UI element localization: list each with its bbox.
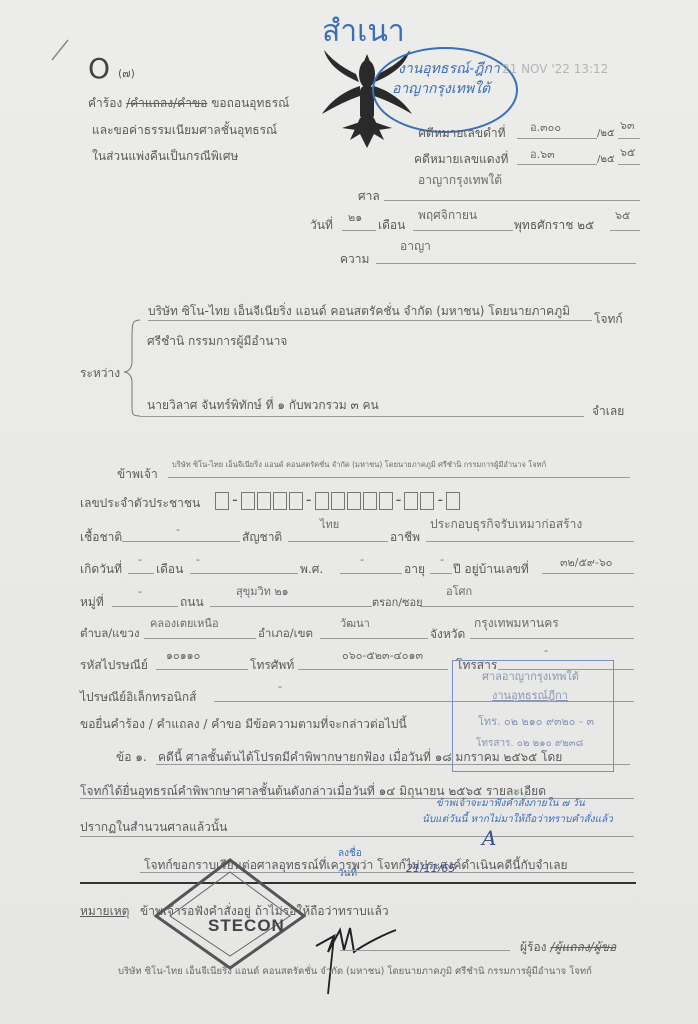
month-value: พฤศจิกายน xyxy=(418,206,477,225)
id-digit-box[interactable] xyxy=(289,492,303,510)
nationality-value: ไทย xyxy=(320,515,339,533)
id-digit-box[interactable] xyxy=(363,492,377,510)
received-stamp-line2: อาญากรุงเทพใต้ xyxy=(392,78,490,100)
red-case-label: คดีหมายเลขแดงที่ xyxy=(414,150,508,169)
form-title-line2: และขอค่าธรรมเนียมศาลชั้นอุทธรณ์ xyxy=(92,121,277,140)
plaintiff-line1: บริษัท ซิโน-ไทย เอ็นจีเนียริ่ง แอนด์ คอน… xyxy=(148,302,570,321)
id-separator: - xyxy=(306,490,312,509)
defendant-role: จำเลย xyxy=(592,402,624,421)
signer-name: บริษัท ซิโน-ไทย เอ็นจีเนียริ่ง แอนด์ คอน… xyxy=(118,964,592,979)
matter-label: ความ xyxy=(340,250,369,269)
road-label: ถนน xyxy=(180,593,204,612)
house-no-value: ๓๒/๕๙-๖๐ xyxy=(560,553,613,571)
order-line2: นับแต่วันนี้ หากไม่มาให้ถือว่าทราบคำสั่ง… xyxy=(422,812,613,827)
court-stamp-line1: ศาลอาญากรุงเทพใต้ xyxy=(482,667,579,685)
id-separator: - xyxy=(232,490,238,509)
postcode-value: ๑๐๑๑๐ xyxy=(166,646,200,664)
subdistrict-label: ตำบล/แขวง xyxy=(80,625,140,643)
court-value: อาญากรุงเทพใต้ xyxy=(418,171,502,190)
age-value: - xyxy=(440,553,444,566)
id-digit-box[interactable] xyxy=(404,492,418,510)
email-label: ไปรษณีย์อิเล็กทรอนิกส์ xyxy=(80,688,196,707)
order-line1: ข้าพเจ้าจะมาฟังคำสั่งภายใน ๗ วัน xyxy=(436,796,585,811)
year-value: ๖๕ xyxy=(615,206,630,224)
id-digit-box[interactable] xyxy=(273,492,287,510)
form-symbol: O xyxy=(88,52,110,85)
fax-value: - xyxy=(544,644,548,657)
pen-mark xyxy=(50,38,70,62)
born-day-label: เกิดวันที่ xyxy=(80,560,122,579)
plaintiff-role: โจทก์ xyxy=(594,310,623,329)
signer-role-text: ผู้ร้อง xyxy=(520,940,547,954)
occupation-value: ประกอบธุรกิจรับเหมาก่อสร้าง xyxy=(430,515,582,534)
black-case-year: ๖๓ xyxy=(620,116,635,134)
signer-role-struck: /ผู้แถลง/ผู้ขอ xyxy=(550,940,616,954)
district-label: อำเภอ/เขต xyxy=(258,625,313,643)
matter-value: อาญา xyxy=(400,237,431,256)
company-seal xyxy=(152,856,308,972)
moo-value: - xyxy=(138,585,142,598)
postcode-label: รหัสไปรษณีย์ xyxy=(80,656,148,675)
nationality-label: สัญชาติ xyxy=(242,528,282,547)
note-label: หมายเหตุ xyxy=(80,902,129,921)
day-label: วันที่ xyxy=(310,216,333,235)
month-label: เดือน xyxy=(378,216,405,235)
soi-value: อโศก xyxy=(446,582,472,600)
applicant-value: บริษัท ซิโน-ไทย เอ็นจีเนียริ่ง แอนด์ คอน… xyxy=(172,459,546,471)
note-label-text: หมายเหตุ xyxy=(80,904,129,918)
id-digit-box[interactable] xyxy=(257,492,271,510)
id-separator: - xyxy=(396,490,402,509)
request-intro: ขอยื่นคำร้อง / คำแถลง / คำขอ มีข้อความตา… xyxy=(80,715,407,734)
between-label: ระหว่าง xyxy=(80,364,120,383)
black-case-label: คดีหมายเลขดำที่ xyxy=(418,124,506,143)
court-stamp-line3: โทร. ๐๒ ๒๑๐ ๙๓๒๐ - ๓ xyxy=(478,712,594,730)
court-stamp-line2: งานอุทธรณ์ฎีกา xyxy=(492,686,568,704)
race-label: เชื้อชาติ xyxy=(80,528,122,547)
born-month-label: เดือน xyxy=(156,560,183,579)
id-label: เลขประจำตัวประชาชน xyxy=(80,494,200,513)
email-value: - xyxy=(278,680,282,693)
black-case-year-prefix: /๒๕ xyxy=(597,126,615,141)
red-case-year: ๖๕ xyxy=(620,143,635,161)
phone-label: โทรศัพท์ xyxy=(250,656,294,675)
item-label: ข้อ ๑. xyxy=(116,748,147,767)
road-value: สุขุมวิท ๒๑ xyxy=(236,582,289,600)
id-digit-box[interactable] xyxy=(420,492,434,510)
id-digit-box[interactable] xyxy=(215,492,229,510)
soi-label: ตรอก/ซอย xyxy=(372,593,423,611)
id-digit-box[interactable] xyxy=(347,492,361,510)
red-case-year-prefix: /๒๕ xyxy=(597,152,615,167)
id-digit-box[interactable] xyxy=(315,492,329,510)
court-label: ศาล xyxy=(358,187,380,206)
phone-value: ๐๖๐-๕๒๓-๔๐๑๓ xyxy=(342,646,423,664)
id-digit-box[interactable] xyxy=(331,492,345,510)
day-value: ๒๑ xyxy=(348,208,362,226)
year-label: พุทธศักราช ๒๕ xyxy=(514,216,594,235)
form-title-line3: ในส่วนแพ่งคืนเป็นกรณีพิเศษ xyxy=(92,147,238,166)
black-case-value: อ.๓๐๐ xyxy=(530,118,561,136)
plaintiff-line2: ศรีชำนิ กรรมการผู้มีอำนาจ xyxy=(147,332,287,351)
title-suffix: ขอถอนอุทธรณ์ xyxy=(211,96,289,110)
id-digit-box[interactable] xyxy=(446,492,460,510)
id-digit-box[interactable] xyxy=(379,492,393,510)
red-case-value: อ.๖๓ xyxy=(530,145,555,163)
born-year-label: พ.ศ. xyxy=(300,560,323,579)
body-line3: ปรากฏในสำนวนศาลแล้วนั้น xyxy=(80,818,227,837)
race-value: - xyxy=(176,523,180,536)
age-label: อายุ xyxy=(404,560,425,579)
applicant-label: ข้าพเจ้า xyxy=(117,465,158,484)
age-unit: ปี อยู่บ้านเลขที่ xyxy=(453,560,529,579)
province-label: จังหวัด xyxy=(430,625,465,644)
defendant-name: นายวิลาศ จันทร์พิทักษ์ ที่ ๑ กับพวกรวม ๓… xyxy=(147,396,379,415)
id-number-boxes[interactable]: ---- xyxy=(214,490,461,510)
form-title-line1: คำร้อง /คำแถลง/คำขอ ขอถอนอุทธรณ์ xyxy=(88,94,289,113)
title-prefix: คำร้อง xyxy=(88,96,122,110)
born-year-value: - xyxy=(360,553,364,566)
received-timestamp: 21 NOV '22 13:12 xyxy=(502,62,608,76)
province-value: กรุงเทพมหานคร xyxy=(474,614,559,633)
occupation-label: อาชีพ xyxy=(390,528,420,547)
form-number: (๗) xyxy=(118,64,135,82)
signer-role: ผู้ร้อง /ผู้แถลง/ผู้ขอ xyxy=(520,938,616,957)
district-value: วัฒนา xyxy=(340,614,370,632)
court-form-page: สำเนา งานอุทธรณ์-ฎีกา อาญากรุงเทพใต้ 21 … xyxy=(0,0,698,1024)
id-separator: - xyxy=(437,490,443,509)
signature xyxy=(310,906,410,996)
moo-label: หมู่ที่ xyxy=(80,593,104,612)
id-digit-box[interactable] xyxy=(241,492,255,510)
born-month-value: - xyxy=(196,553,200,566)
company-seal-text: STECON xyxy=(208,916,285,936)
born-day-value: - xyxy=(138,553,142,566)
judge-initial: A xyxy=(482,826,496,850)
between-brace xyxy=(122,318,142,418)
subdistrict-value: คลองเตยเหนือ xyxy=(150,614,219,632)
received-stamp-line1: งานอุทธรณ์-ฎีกา xyxy=(398,58,500,80)
title-struck: /คำแถลง/คำขอ xyxy=(126,96,207,110)
